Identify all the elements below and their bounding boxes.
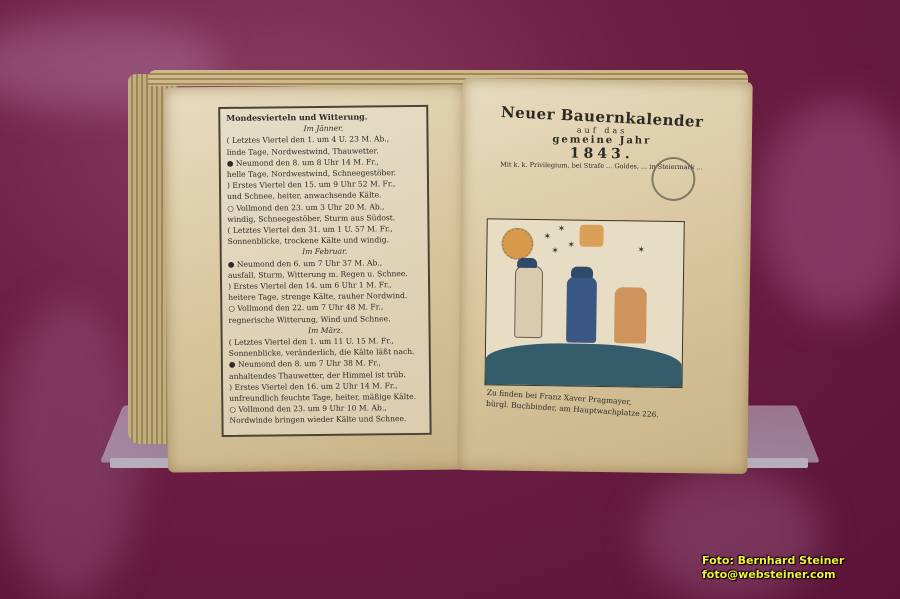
figure-right [614,287,647,343]
background-light-streak [760,100,900,320]
star-icon: ✶ [551,246,559,256]
ground [485,342,682,387]
star-icon: ✶ [543,232,551,242]
credit-email: foto@websteiner.com [702,568,844,582]
figure-left [514,266,543,338]
text-line: Nordwinde bringen wieder Kälte und Schne… [229,413,423,426]
imprint: Zu finden bei Franz Xaver Pragmayer, bür… [486,387,697,423]
moon-phase-table: Mondesvierteln und Witterung. Im Jänner.… [218,105,431,437]
left-page: Mondesvierteln und Witterung. Im Jänner.… [164,84,468,472]
photo-credit: Foto: Bernhard Steiner foto@websteiner.c… [702,554,844,582]
star-icon: ✶ [637,245,645,255]
hat [571,267,593,278]
figure-middle [566,276,597,342]
star-icon: ✶ [558,224,566,234]
woodcut-illustration: ✶ ✶ ✶ ✶ ✶ [484,218,684,388]
hat [517,258,537,268]
stamp-seal-icon [651,157,696,202]
sun-icon [501,228,533,260]
star-icon: ✶ [567,240,575,250]
right-page-title: Neuer Bauernkalender auf das gemeine Jah… [457,78,752,474]
credit-name: Foto: Bernhard Steiner [702,554,844,568]
antique-almanac-book: Mondesvierteln und Witterung. Im Jänner.… [128,66,756,476]
crown-icon [579,225,603,247]
